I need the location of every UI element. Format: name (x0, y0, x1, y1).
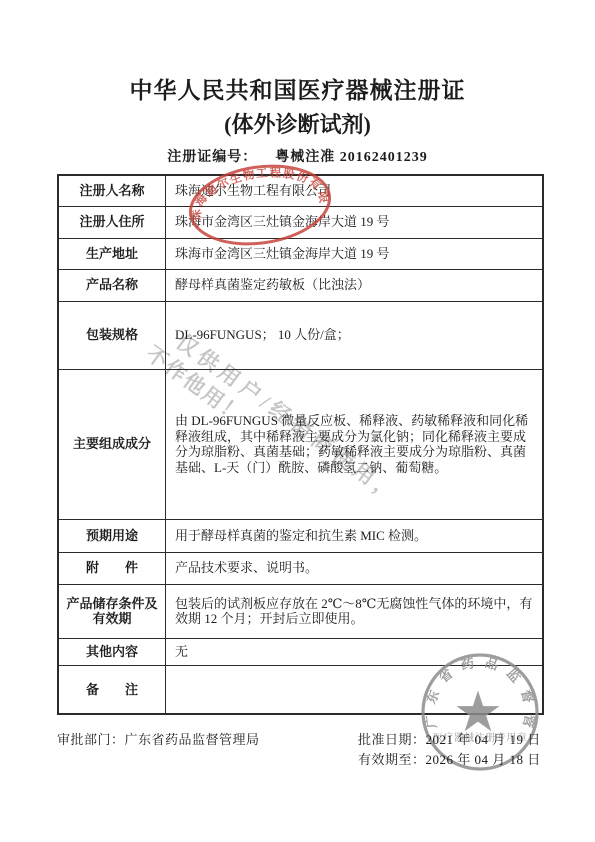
row-value: 珠海市金湾区三灶镇金海岸大道 19 号 (166, 206, 544, 238)
table-row: 生产地址 珠海市金湾区三灶镇金海岸大道 19 号 (58, 238, 543, 269)
row-label: 产品名称 (58, 269, 166, 301)
row-label: 注册人住所 (58, 206, 166, 238)
approval-dept-line: 审批部门：广东省药品监督管理局 (57, 729, 260, 748)
row-value: 产品技术要求、说明书。 (166, 552, 544, 584)
approval-dept-value: 广东省药品监督管理局 (125, 732, 260, 747)
certificate-table: 注册人名称 珠海迪尔生物工程有限公司 注册人住所 珠海市金湾区三灶镇金海岸大道 … (57, 174, 544, 715)
row-label: 主要组成成分 (58, 369, 166, 519)
table-row: 包装规格 DL-96FUNGUS； 10 人份/盒； (58, 301, 543, 369)
table-row: 附 件 产品技术要求、说明书。 (58, 552, 543, 584)
row-label: 包装规格 (58, 301, 166, 369)
valid-until-value: 2026 年 04 月 18 日 (426, 752, 541, 767)
table-row: 备 注 (58, 665, 543, 714)
cert-table-body: 注册人名称 珠海迪尔生物工程有限公司 注册人住所 珠海市金湾区三灶镇金海岸大道 … (58, 175, 543, 714)
row-label: 备 注 (58, 665, 166, 714)
approval-date-line: 批准日期：2021 年 04 月 19 日 (358, 729, 541, 748)
row-value: 用于酵母样真菌的鉴定和抗生素 MIC 检测。 (166, 519, 544, 552)
row-value: DL-96FUNGUS； 10 人份/盒； (166, 301, 544, 369)
row-label: 产品储存条件及有效期 (58, 584, 166, 638)
row-label: 生产地址 (58, 238, 166, 269)
row-value: 由 DL-96FUNGUS 微量反应板、稀释液、药敏稀释液和同化稀释液组成，其中… (166, 369, 544, 519)
page-subtitle: (体外诊断试剂) (0, 108, 595, 139)
row-label: 预期用途 (58, 519, 166, 552)
row-value: 珠海市金湾区三灶镇金海岸大道 19 号 (166, 238, 544, 269)
row-label: 其他内容 (58, 638, 166, 665)
row-value: 酵母样真菌鉴定药敏板（比浊法） (166, 269, 544, 301)
approval-dept-label: 审批部门： (57, 732, 125, 747)
row-label: 注册人名称 (58, 175, 166, 206)
table-row: 注册人名称 珠海迪尔生物工程有限公司 (58, 175, 543, 206)
certificate-page: 中华人民共和国医疗器械注册证 (体外诊断试剂) 注册证编号：粤械注准 20162… (0, 0, 595, 842)
table-row: 主要组成成分 由 DL-96FUNGUS 微量反应板、稀释液、药敏稀释液和同化稀… (58, 369, 543, 519)
approval-date-value: 2021 年 04 月 19 日 (426, 732, 541, 747)
valid-until-line: 有效期至：2026 年 04 月 18 日 (358, 749, 541, 768)
valid-until-label: 有效期至： (358, 752, 426, 767)
table-row: 产品名称 酵母样真菌鉴定药敏板（比浊法） (58, 269, 543, 301)
cert-number-label: 注册证编号： (167, 150, 257, 165)
row-value (166, 665, 544, 714)
row-label: 附 件 (58, 552, 166, 584)
cert-number-line: 注册证编号：粤械注准 20162401239 (0, 146, 595, 166)
table-row: 其他内容 无 (58, 638, 543, 665)
row-value: 包装后的试剂板应存放在 2℃～8℃无腐蚀性气体的环境中，有效期 12 个月；开封… (166, 584, 544, 638)
cert-number-value: 粤械注准 20162401239 (275, 150, 428, 165)
page-title: 中华人民共和国医疗器械注册证 (0, 72, 595, 105)
approval-date-label: 批准日期： (358, 732, 426, 747)
table-row: 注册人住所 珠海市金湾区三灶镇金海岸大道 19 号 (58, 206, 543, 238)
row-value: 珠海迪尔生物工程有限公司 (166, 175, 544, 206)
table-row: 产品储存条件及有效期 包装后的试剂板应存放在 2℃～8℃无腐蚀性气体的环境中，有… (58, 584, 543, 638)
row-value: 无 (166, 638, 544, 665)
table-row: 预期用途 用于酵母样真菌的鉴定和抗生素 MIC 检测。 (58, 519, 543, 552)
